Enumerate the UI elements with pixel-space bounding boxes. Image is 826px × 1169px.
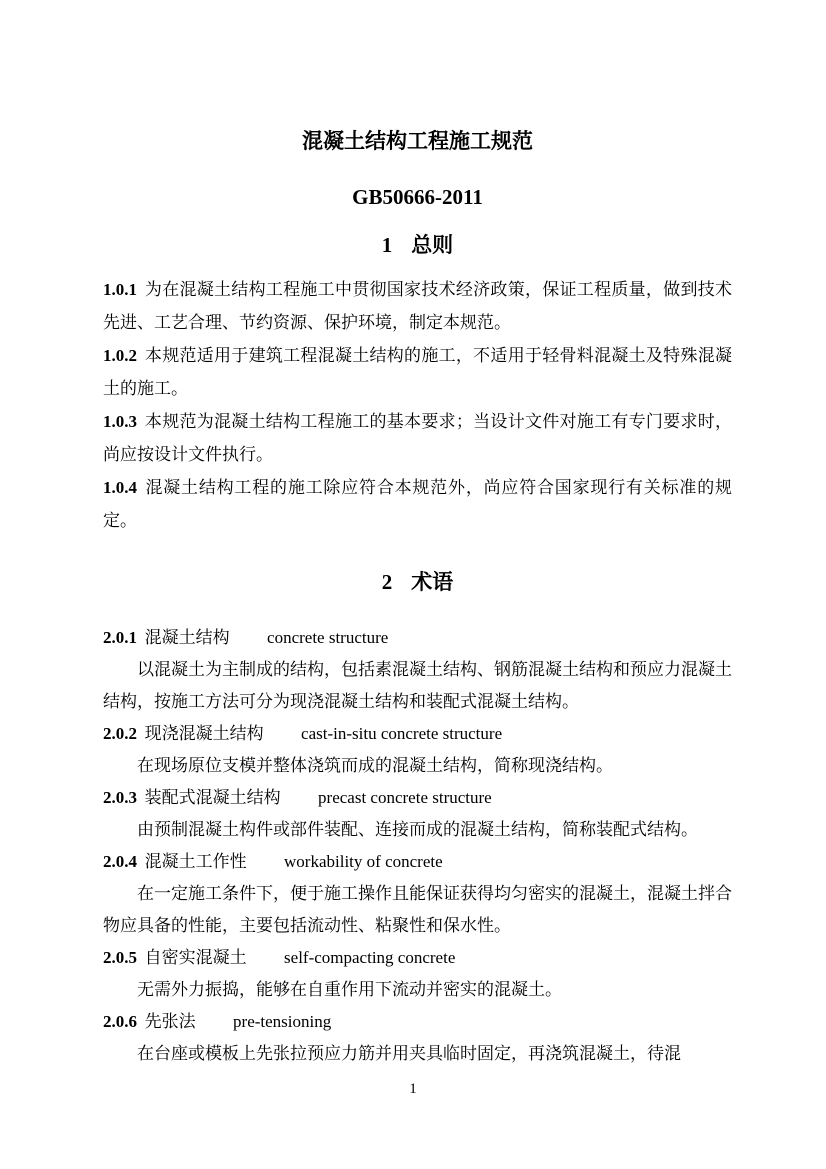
clause-text: 本规范适用于建筑工程混凝土结构的施工，不适用于轻骨料混凝土及特殊混凝土的施工。 [103, 346, 732, 398]
chapter-1-number: 1 [382, 233, 393, 257]
clause-text: 本规范为混凝土结构工程施工的基本要求；当设计文件对施工有专门要求时，尚应按设计文… [103, 412, 732, 464]
term-number: 2.0.1 [103, 628, 137, 647]
clause-1-0-1: 1.0.1为在混凝土结构工程施工中贯彻国家技术经济政策，保证工程质量，做到技术先… [103, 273, 732, 339]
term-entry-2-0-2: 2.0.2现浇混凝土结构cast-in-situ concrete struct… [103, 718, 732, 750]
term-number: 2.0.5 [103, 948, 137, 967]
document-page: 混凝土结构工程施工规范 GB50666-2011 1总则 1.0.1为在混凝土结… [0, 0, 826, 1169]
term-number: 2.0.4 [103, 852, 137, 871]
clause-text: 混凝土结构工程的施工除应符合本规范外，尚应符合国家现行有关标准的规定。 [103, 478, 732, 530]
term-entry-2-0-5: 2.0.5自密实混凝土self-compacting concrete [103, 942, 732, 974]
term-entry-2-0-6: 2.0.6先张法pre-tensioning [103, 1006, 732, 1038]
chapter-2-body: 2.0.1混凝土结构concrete structure 以混凝土为主制成的结构… [103, 622, 732, 1070]
term-english: self-compacting concrete [284, 948, 455, 967]
chapter-1-title: 总则 [411, 233, 453, 257]
clause-number: 1.0.2 [103, 346, 137, 365]
term-definition: 由预制混凝土构件或部件装配、连接而成的混凝土结构，简称装配式结构。 [103, 814, 732, 846]
term-number: 2.0.6 [103, 1012, 137, 1031]
term-english: precast concrete structure [318, 788, 492, 807]
term-chinese: 自密实混凝土 [145, 948, 247, 967]
term-entry-2-0-3: 2.0.3装配式混凝土结构precast concrete structure [103, 782, 732, 814]
term-definition: 无需外力振捣，能够在自重作用下流动并密实的混凝土。 [103, 974, 732, 1006]
term-english: cast-in-situ concrete structure [301, 724, 502, 743]
clause-number: 1.0.3 [103, 412, 137, 431]
clause-1-0-3: 1.0.3本规范为混凝土结构工程施工的基本要求；当设计文件对施工有专门要求时，尚… [103, 405, 732, 471]
term-number: 2.0.3 [103, 788, 137, 807]
term-entry-2-0-4: 2.0.4混凝土工作性workability of concrete [103, 846, 732, 878]
term-english: pre-tensioning [233, 1012, 331, 1031]
clause-number: 1.0.4 [103, 478, 137, 497]
term-english: workability of concrete [284, 852, 443, 871]
page-number: 1 [0, 1080, 826, 1098]
term-definition: 以混凝土为主制成的结构，包括素混凝土结构、钢筋混凝土结构和预应力混凝土结构，按施… [103, 654, 732, 718]
term-definition: 在台座或模板上先张拉预应力筋并用夹具临时固定，再浇筑混凝土，待混 [103, 1038, 732, 1070]
chapter-1-heading: 1总则 [103, 230, 732, 260]
clause-text: 为在混凝土结构工程施工中贯彻国家技术经济政策，保证工程质量，做到技术先进、工艺合… [103, 280, 732, 332]
term-chinese: 先张法 [145, 1012, 196, 1031]
term-entry-2-0-1: 2.0.1混凝土结构concrete structure [103, 622, 732, 654]
term-definition: 在现场原位支模并整体浇筑而成的混凝土结构，简称现浇结构。 [103, 750, 732, 782]
clause-number: 1.0.1 [103, 280, 137, 299]
clause-1-0-2: 1.0.2本规范适用于建筑工程混凝土结构的施工，不适用于轻骨料混凝土及特殊混凝土… [103, 339, 732, 405]
chapter-2-heading: 2术语 [103, 567, 732, 597]
term-english: concrete structure [267, 628, 388, 647]
clause-1-0-4: 1.0.4混凝土结构工程的施工除应符合本规范外，尚应符合国家现行有关标准的规定。 [103, 471, 732, 537]
term-number: 2.0.2 [103, 724, 137, 743]
term-chinese: 装配式混凝土结构 [145, 788, 281, 807]
standard-code: GB50666-2011 [103, 182, 732, 212]
chapter-1-body: 1.0.1为在混凝土结构工程施工中贯彻国家技术经济政策，保证工程质量，做到技术先… [103, 273, 732, 537]
document-title: 混凝土结构工程施工规范 [103, 126, 732, 156]
term-chinese: 混凝土结构 [145, 628, 230, 647]
chapter-2-number: 2 [382, 570, 393, 594]
term-chinese: 混凝土工作性 [145, 852, 247, 871]
term-definition: 在一定施工条件下，便于施工操作且能保证获得均匀密实的混凝土，混凝土拌合物应具备的… [103, 878, 732, 942]
chapter-2-title: 术语 [411, 570, 453, 594]
term-chinese: 现浇混凝土结构 [145, 724, 264, 743]
